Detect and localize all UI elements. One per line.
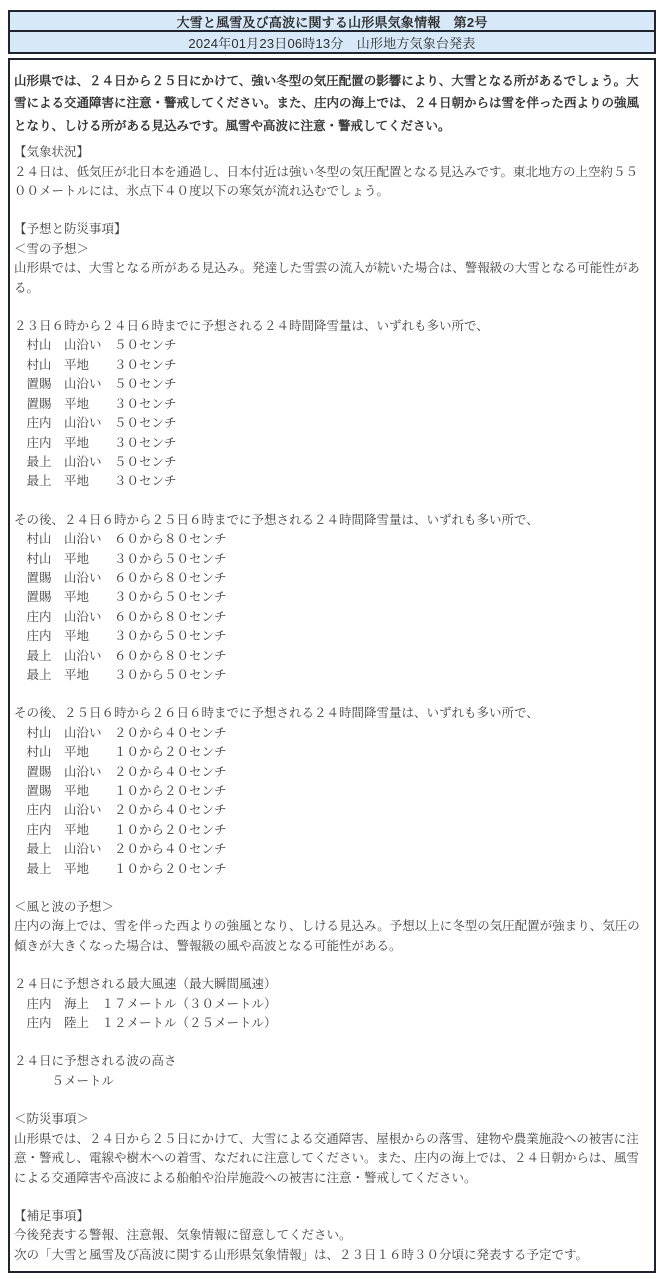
region-cell: 庄内 [27,995,65,1014]
weather-situation-heading: 【気象状況】 [14,143,650,162]
area-cell: 山沿い [64,801,114,820]
wave-forecast: ２４日に予想される波の高さ ５メートル [14,1052,650,1091]
lead-paragraph: 山形県では、２４日から２５日にかけて、強い冬型の気圧配置の影響により、大雪となる… [14,70,650,137]
snow-amount-row: 村山 山沿い ５０センチ [14,336,650,355]
snowfall-amount-cell: １０から２０センチ [114,860,227,879]
snow-amount-row: 最上 平地 １０から２０センチ [14,860,650,879]
snow-amount-row: 村山 平地 １０から２０センチ [14,743,650,762]
wind-speed-row: 庄内 海上 １７メートル（３０メートル） [14,995,650,1014]
region-cell: 最上 [27,472,65,491]
area-cell: 平地 [64,627,114,646]
snowfall-amount-cell: ５０センチ [114,375,177,394]
area-cell: 平地 [64,782,114,801]
section-weather-situation: 【気象状況】 ２４日は、低気圧が北日本を通過し、日本付近は強い冬型の気圧配置とな… [14,143,650,201]
bulletin-title: 大雪と風雪及び高波に関する山形県気象情報 第2号 [10,12,654,32]
region-cell: 置賜 [27,395,65,414]
supplement-line-1: 今後発表する警報、注意報、気象情報に留意してください。 [14,1226,650,1245]
area-cell: 山沿い [64,724,114,743]
snowfall-amount-cell: ２０から４０センチ [114,840,227,859]
region-cell: 庄内 [27,627,65,646]
snow-amount-row: 庄内 平地 ３０から５０センチ [14,627,650,646]
snow-period-2: その後、２４日６時から２５日６時までに予想される２４時間降雪量は、いずれも多い所… [14,511,650,686]
region-cell: 最上 [27,453,65,472]
area-cell: 山沿い [64,336,114,355]
area-cell: 山沿い [64,608,114,627]
region-cell: 庄内 [27,608,65,627]
snowfall-amount-cell: ３０から５０センチ [114,627,227,646]
wave-forecast-heading: ２４日に予想される波の高さ [14,1052,650,1071]
region-cell: 置賜 [27,375,65,394]
area-cell: 陸上 [64,1014,102,1033]
section-prevention: ＜防災事項＞ 山形県では、２４日から２５日にかけて、大雪による交通障害、屋根から… [14,1110,650,1188]
snow-amount-row: 最上 平地 ３０から５０センチ [14,666,650,685]
region-cell: 置賜 [27,569,65,588]
snowfall-amount-cell: ２０から４０センチ [114,801,227,820]
snow-amount-row: 最上 山沿い ２０から４０センチ [14,840,650,859]
snow-period-1-heading: ２３日６時から２４日６時までに予想される２４時間降雪量は、いずれも多い所で、 [14,317,650,336]
snow-amount-row: 最上 山沿い ５０センチ [14,453,650,472]
bulletin-header: 大雪と風雪及び高波に関する山形県気象情報 第2号 2024年01月23日06時1… [8,10,656,54]
region-cell: 村山 [27,336,65,355]
region-cell: 最上 [27,666,65,685]
area-cell: 平地 [64,434,114,453]
area-cell: 山沿い [64,647,114,666]
weather-bulletin: 大雪と風雪及び高波に関する山形県気象情報 第2号 2024年01月23日06時1… [8,10,656,1273]
wind-forecast-heading: ２４日に予想される最大風速（最大瞬間風速） [14,975,650,994]
region-cell: 最上 [27,647,65,666]
area-cell: 平地 [64,743,114,762]
snow-amount-row: 庄内 山沿い ５０センチ [14,414,650,433]
snow-amount-row: 村山 山沿い ６０から８０センチ [14,530,650,549]
region-cell: 庄内 [27,1014,65,1033]
section-supplement: 【補足事項】 今後発表する警報、注意報、気象情報に留意してください。 次の「大雪… [14,1207,650,1265]
snow-amount-row: 村山 平地 ３０から５０センチ [14,550,650,569]
supplement-heading: 【補足事項】 [14,1207,650,1226]
snowfall-amount-cell: ５０センチ [114,414,177,433]
snowfall-amount-cell: ６０から８０センチ [114,647,227,666]
wind-speed-row: 庄内 陸上 １２メートル（２５メートル） [14,1014,650,1033]
snowfall-amount-cell: ３０から５０センチ [114,666,227,685]
area-cell: 平地 [64,395,114,414]
area-cell: 平地 [64,472,114,491]
snow-amount-row: 置賜 山沿い ６０から８０センチ [14,569,650,588]
snowfall-amount-cell: ６０から８０センチ [114,608,227,627]
area-cell: 平地 [64,666,114,685]
snow-period-1: ２３日６時から２４日６時までに予想される２４時間降雪量は、いずれも多い所で、 村… [14,317,650,492]
area-cell: 平地 [64,821,114,840]
snow-amount-row: 置賜 平地 ３０センチ [14,395,650,414]
area-cell: 平地 [64,356,114,375]
snowfall-amount-cell: ３０センチ [114,356,177,375]
area-cell: 山沿い [64,840,114,859]
snowfall-amount-cell: ３０センチ [114,434,177,453]
wind-forecast: ２４日に予想される最大風速（最大瞬間風速） 庄内 海上 １７メートル（３０メート… [14,975,650,1033]
snowfall-amount-cell: ５０センチ [114,336,177,355]
snowfall-amount-cell: ２０から４０センチ [114,763,227,782]
snow-period-3: その後、２５日６時から２６日６時までに予想される２４時間降雪量は、いずれも多い所… [14,704,650,879]
snow-amount-row: 庄内 山沿い ２０から４０センチ [14,801,650,820]
snow-amount-row: 置賜 平地 ３０から５０センチ [14,588,650,607]
snowfall-amount-cell: ３０から５０センチ [114,550,227,569]
area-cell: 山沿い [64,375,114,394]
wind-wave-text: 庄内の海上では、雪を伴った西よりの強風となり、しける見込み。予想以上に冬型の気圧… [14,917,650,956]
snowfall-amount-cell: ６０から８０センチ [114,569,227,588]
area-cell: 平地 [64,588,114,607]
snowfall-amount-cell: ３０センチ [114,472,177,491]
snow-amount-row: 庄内 平地 １０から２０センチ [14,821,650,840]
area-cell: 海上 [64,995,102,1014]
snowfall-amount-cell: ５０センチ [114,453,177,472]
area-cell: 山沿い [64,569,114,588]
bulletin-issued-datetime: 2024年01月23日06時13分 山形地方気象台発表 [10,32,654,52]
snow-table-1: 村山 山沿い ５０センチ 村山 平地 ３０センチ 置賜 [14,336,650,491]
snow-amount-row: 置賜 山沿い ２０から４０センチ [14,763,650,782]
snowfall-amount-cell: １０から２０センチ [114,821,227,840]
region-cell: 置賜 [27,588,65,607]
snow-forecast-text: 山形県では、大雪となる所がある見込み。発達した雪雲の流入が続いた場合は、警報級の… [14,259,650,298]
weather-bulletin-page: 大雪と風雪及び高波に関する山形県気象情報 第2号 2024年01月23日06時1… [0,0,664,1280]
snow-table-2: 村山 山沿い ６０から８０センチ 村山 平地 ３０から５０センチ 置賜 [14,530,650,685]
forecast-heading: 【予想と防災事項】 [14,220,650,239]
weather-situation-text: ２４日は、低気圧が北日本を通過し、日本付近は強い冬型の気圧配置となる見込みです。… [14,163,650,202]
area-cell: 山沿い [64,453,114,472]
wave-height-value: ５メートル [14,1072,650,1091]
area-cell: 山沿い [64,530,114,549]
snow-amount-row: 庄内 平地 ３０センチ [14,434,650,453]
snow-period-2-heading: その後、２４日６時から２５日６時までに予想される２４時間降雪量は、いずれも多い所… [14,511,650,530]
region-cell: 庄内 [27,821,65,840]
snowfall-amount-cell: ３０から５０センチ [114,588,227,607]
snow-amount-row: 置賜 山沿い ５０センチ [14,375,650,394]
snow-amount-row: 置賜 平地 １０から２０センチ [14,782,650,801]
wind-wave-subheading: ＜風と波の予想＞ [14,898,650,917]
snowfall-amount-cell: ３０センチ [114,395,177,414]
section-wind-wave: ＜風と波の予想＞ 庄内の海上では、雪を伴った西よりの強風となり、しける見込み。予… [14,898,650,956]
snow-amount-row: 庄内 山沿い ６０から８０センチ [14,608,650,627]
supplement-line-2: 次の「大雪と風雪及び高波に関する山形県気象情報」は、２３日１６時３０分頃に発表す… [14,1246,650,1265]
snowfall-amount-cell: １０から２０センチ [114,782,227,801]
region-cell: 最上 [27,840,65,859]
region-cell: 村山 [27,356,65,375]
section-forecast-intro: 【予想と防災事項】 ＜雪の予想＞ 山形県では、大雪となる所がある見込み。発達した… [14,220,650,298]
prevention-subheading: ＜防災事項＞ [14,1110,650,1129]
snow-amount-row: 最上 山沿い ６０から８０センチ [14,647,650,666]
snow-forecast-subheading: ＜雪の予想＞ [14,240,650,259]
area-cell: 山沿い [64,763,114,782]
region-cell: 村山 [27,743,65,762]
snow-table-3: 村山 山沿い ２０から４０センチ 村山 平地 １０から２０センチ 置賜 [14,724,650,879]
region-cell: 村山 [27,550,65,569]
snowfall-amount-cell: １０から２０センチ [114,743,227,762]
area-cell: 山沿い [64,414,114,433]
region-cell: 置賜 [27,763,65,782]
region-cell: 置賜 [27,782,65,801]
snow-amount-row: 最上 平地 ３０センチ [14,472,650,491]
snow-amount-row: 村山 平地 ３０センチ [14,356,650,375]
area-cell: 平地 [64,550,114,569]
bulletin-body: 山形県では、２４日から２５日にかけて、強い冬型の気圧配置の影響により、大雪となる… [8,58,656,1273]
snowfall-amount-cell: ６０から８０センチ [114,530,227,549]
region-cell: 村山 [27,530,65,549]
region-cell: 最上 [27,860,65,879]
region-cell: 庄内 [27,434,65,453]
region-cell: 庄内 [27,414,65,433]
snow-period-3-heading: その後、２５日６時から２６日６時までに予想される２４時間降雪量は、いずれも多い所… [14,704,650,723]
region-cell: 庄内 [27,801,65,820]
wind-speed-cell: １２メートル（２５メートル） [102,1014,277,1033]
snow-amount-row: 村山 山沿い ２０から４０センチ [14,724,650,743]
region-cell: 村山 [27,724,65,743]
prevention-text: 山形県では、２４日から２５日にかけて、大雪による交通障害、屋根からの落雪、建物や… [14,1130,650,1188]
snowfall-amount-cell: ２０から４０センチ [114,724,227,743]
wind-speed-cell: １７メートル（３０メートル） [102,995,277,1014]
wind-table: 庄内 海上 １７メートル（３０メートル） 庄内 陸上 １２メートル（２５メートル… [14,995,650,1034]
area-cell: 平地 [64,860,114,879]
